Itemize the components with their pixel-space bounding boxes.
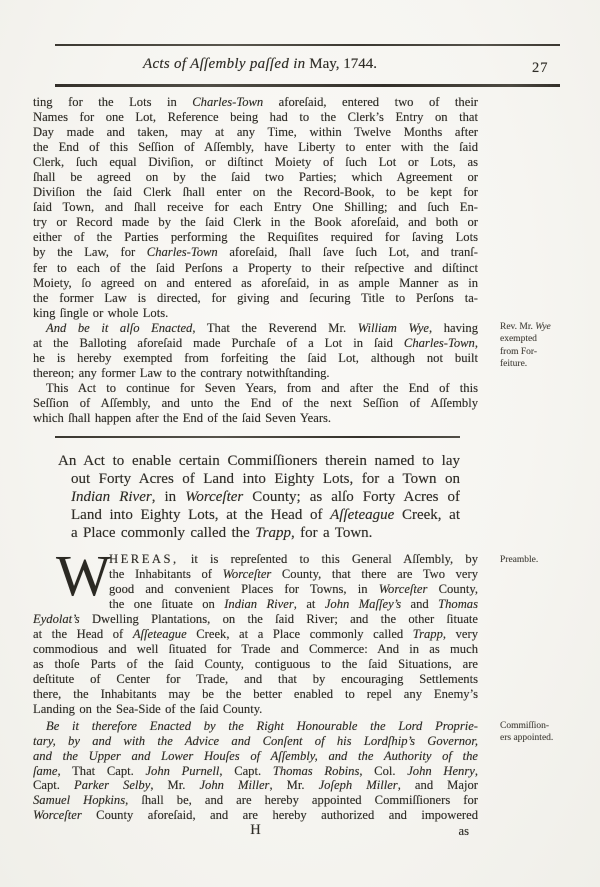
text-line: the one ſituate on Indian River, at John… [109, 597, 478, 612]
heading-line: Indian River, in Worceſter County; as al… [71, 488, 460, 506]
text-line: he is hereby exempted from forfeiting th… [33, 351, 478, 366]
act2-heading: An Act to enable certain Commiſſioners t… [58, 452, 460, 542]
text-line: tary, by and with the Advice and Conſent… [33, 734, 478, 749]
book-page: Acts of Aſſembly paſſed in May, 1744. 27… [0, 0, 600, 887]
text-line: at the Balloting aforeſaid made Purchaſe… [33, 336, 478, 351]
text-line: Names for one Lot, Reference being had t… [33, 110, 478, 125]
text-line: either of the Parties performing the Req… [33, 230, 478, 245]
text-line: thereon; any former Law to the contrary … [33, 366, 478, 381]
margin-note-line: ers appointed. [500, 732, 592, 744]
text-line: as thoſe Parts of the ſaid County, conti… [33, 657, 478, 672]
text-line: Eydolat’s Dwelling Plantations, on the ſ… [33, 612, 478, 627]
text-line: good and convenient Places for Towns, in… [109, 582, 478, 597]
act1-body: ting for the Lots in Charles-Town aforeſ… [33, 95, 478, 426]
text-line: Clerk, ſuch equal Diviſion, or diſtinct … [33, 155, 478, 170]
signature-mark: H [33, 822, 478, 839]
text-line: And be it alſo Enacted, That the Reveren… [33, 321, 478, 336]
drop-cap-w: W [56, 553, 109, 599]
whereas-paragraph: W HEREAS, it is repreſented to this Gene… [33, 552, 478, 718]
text-line: Diviſion the ſaid Clerk ſhall enter on t… [33, 185, 478, 200]
text-line: ſhall be agreed on by the ſaid two Parti… [33, 170, 478, 185]
heading-line: a Place commonly called the Trapp, for a… [71, 524, 460, 542]
text-line: king ſingle or whole Lots. [33, 306, 478, 321]
text-line: at the Head of Aſſeteague Creek, at a Pl… [33, 627, 478, 642]
margin-note-line: Commiſſion- [500, 720, 592, 732]
margin-note-line: Rev. Mr. Wye [500, 321, 592, 333]
text-line: ting for the Lots in Charles-Town aforeſ… [33, 95, 478, 110]
text-line: which ſhall happen after the End of the … [33, 411, 478, 426]
text-line: there, the Inhabitants may be the better… [33, 687, 478, 702]
text-line: Seſſion of Aſſembly, and unto the End of… [33, 396, 478, 411]
text-line: fer to each of the ſaid Perſons a Proper… [33, 261, 478, 276]
margin-note-preamble: Preamble. [500, 554, 592, 566]
heading-line: Land into Eighty Lots, at the Head of Aſ… [71, 506, 460, 524]
page-footer: H as [33, 822, 478, 838]
text-line: Samuel Hopkins, ſhall be, and are hereby… [33, 793, 478, 808]
section-divider-rule [55, 436, 460, 438]
text-line: HEREAS, it is repreſented to this Genera… [109, 552, 478, 567]
text-line: This Act to continue for Seven Years, fr… [33, 381, 478, 396]
heading-line: out Forty Acres of Land into Eighty Lots… [71, 470, 460, 488]
text-line: deſtitute of Center for Trade, and that … [33, 672, 478, 687]
text-line: by the Law, for Charles-Town aforeſaid, … [33, 245, 478, 260]
text-line: the Inhabitants of Worceſter County, tha… [109, 567, 478, 582]
text-line: Capt. Parker Selby, Mr. John Miller, Mr.… [33, 778, 478, 793]
text-line: Landing on the Sea-Side of the ſaid Coun… [33, 702, 478, 717]
margin-note-commissioners: Commiſſion- ers appointed. [500, 720, 592, 745]
text-line: the End of this Seſſion of Aſſembly, hav… [33, 140, 478, 155]
header-rule-top [55, 44, 560, 46]
catchword: as [459, 824, 470, 839]
margin-note-line: feiture. [500, 358, 592, 370]
margin-note-line: from For- [500, 346, 592, 358]
text-line: try or Record made by the ſaid Clerk in … [33, 215, 478, 230]
running-head-title: Acts of Aſſembly paſſed in May, 1744. [55, 56, 465, 73]
text-line: ſaid Town, and ſhall receive for each En… [33, 200, 478, 215]
text-line: commodious and well ſituated for Trade a… [33, 642, 478, 657]
text-line: Day made and taken, may at any Time, wit… [33, 125, 478, 140]
margin-note-line: Preamble. [500, 554, 592, 566]
margin-note-wye-exempted: Rev. Mr. Wye exempted from For- feiture. [500, 321, 592, 371]
margin-note-line: exempted [500, 333, 592, 345]
page-number: 27 [532, 60, 566, 77]
text-line: Be it therefore Enacted by the Right Hon… [33, 719, 478, 734]
text-line: and the Upper and Lower Houſes of Aſſemb… [33, 749, 478, 764]
text-line: Worceſter County aforeſaid, and are here… [33, 808, 478, 823]
text-line: ſame, That Capt. John Purnell, Capt. Tho… [33, 764, 478, 779]
text-line: the former Law is directed, for giving a… [33, 291, 478, 306]
enacting-paragraph: Be it therefore Enacted by the Right Hon… [33, 719, 478, 823]
text-line: Moiety, ſo agreed on and entered as afor… [33, 276, 478, 291]
header-rule-bottom [55, 84, 560, 87]
heading-line: An Act to enable certain Commiſſioners t… [58, 452, 460, 470]
